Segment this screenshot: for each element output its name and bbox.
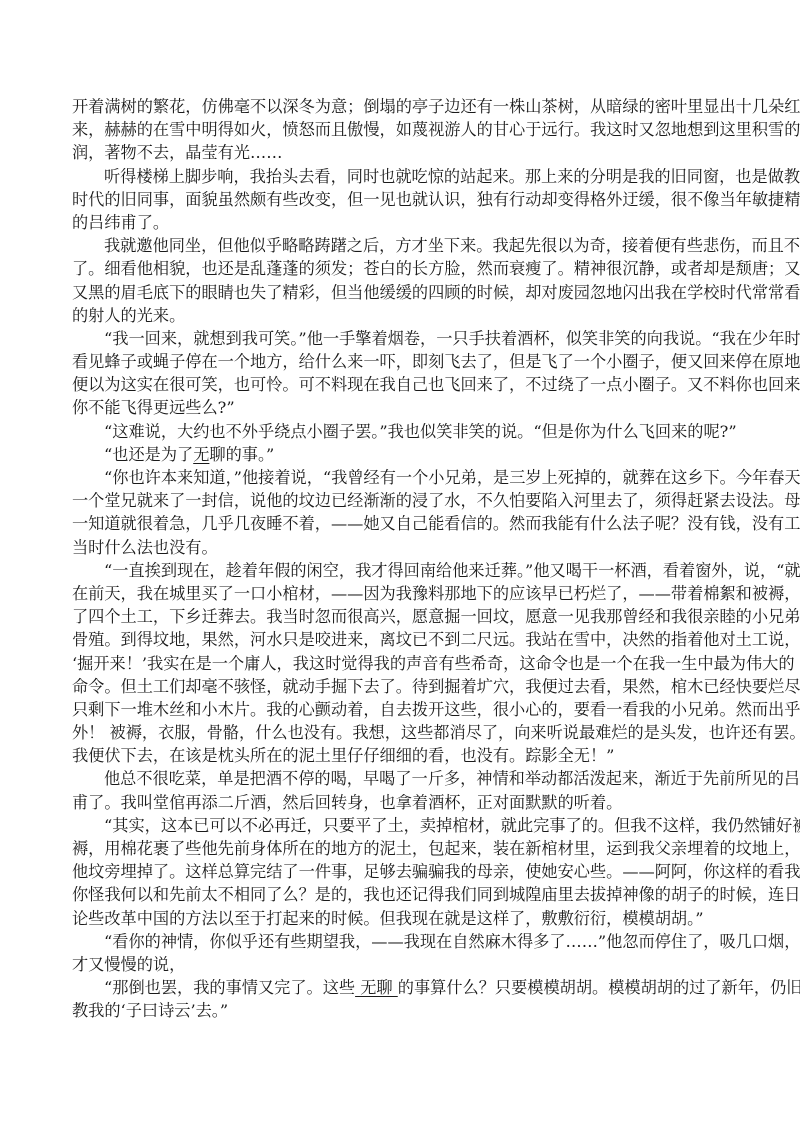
text-line: “那倒也罢，我的事情又完了。这些 无聊 的事算什么？只要模模胡胡。模模胡胡的过了… (72, 976, 724, 999)
text-line: “也还是为了无聊的事。” (72, 443, 724, 466)
document-page: 开着满树的繁花，仿佛毫不以深冬为意；倒塌的亭子边还有一株山茶树，从暗绿的密叶里显… (72, 95, 724, 1023)
text-line: “这难说，大约也不外乎绕点小圈子罢。”我也似笑非笑的说。“但是你为什么飞回来的呢… (72, 420, 724, 443)
text-line: 他总不很吃菜，单是把酒不停的喝，早喝了一斤多，神情和举动都活泼起来，渐近于先前所… (72, 767, 724, 790)
text-line: 他坟旁埋掉了。这样总算完结了一件事，足够去骗骗我的母亲，使她安心些。——阿阿，你… (72, 860, 724, 883)
text-line: 听得楼梯上脚步响，我抬头去看，同时也就吃惊的站起来。那上来的分明是我的旧同窗，也… (72, 165, 724, 188)
text-line: 当时什么法也没有。 (72, 536, 724, 559)
text-line: “我一回来，就想到我可笑。”他一手擎着烟卷，一只手扶着酒杯，似笑非笑的向我说。“… (72, 327, 724, 350)
text-line: 时代的旧同事，面貌虽然颇有些改变，但一见也就认识，独有行动却变得格外迂缓，很不像… (72, 188, 724, 211)
text-line: 论些改革中国的方法以至于打起来的时候。但我现在就是这样了，敷敷衍衍，模模胡胡。” (72, 907, 724, 930)
text-line: 外！ 被褥，衣服，骨骼，什么也没有。我想，这些都消尽了，向来听说最难烂的是头发，… (72, 721, 724, 744)
text-line: 命令。但土工们却毫不骇怪，就动手掘下去了。待到掘着圹穴，我便过去看，果然，棺木已… (72, 675, 724, 698)
text-line: 你不能飞得更远些么?” (72, 396, 724, 419)
text-line: “一直挨到现在，趁着年假的闲空，我才得回南给他来迁葬。”他又喝干一杯酒，看着窗外… (72, 559, 724, 582)
underlined-word: 无 (193, 445, 209, 464)
text-line: 了四个土工，下乡迁葬去。我当时忽而很高兴，愿意掘一回坟，愿意一见我那曾经和我很亲… (72, 605, 724, 628)
text-line: 你怪我何以和先前太不相同了么？是的，我也还记得我们同到城隍庙里去拔掉神像的胡子的… (72, 883, 724, 906)
text-line: “你也许本来知道，”他接着说，“我曾经有一个小兄弟，是三岁上死掉的，就葬在这乡下… (72, 466, 724, 489)
text-line: 褥，用棉花裹了些他先前身体所在的地方的泥土，包起来，装在新棺材里，运到我父亲埋着… (72, 837, 724, 860)
text-line: 开着满树的繁花，仿佛毫不以深冬为意；倒塌的亭子边还有一株山茶树，从暗绿的密叶里显… (72, 95, 724, 118)
text-line: 骨殖。到得坟地，果然，河水只是咬进来，离坟已不到二尺远。我站在雪中，决然的指着他… (72, 628, 724, 651)
paragraph: “我一回来，就想到我可笑。”他一手擎着烟卷，一只手扶着酒杯，似笑非笑的向我说。“… (72, 327, 724, 420)
text-line: 了。细看他相貌，也还是乱蓬蓬的须发；苍白的长方脸，然而衰瘦了。精神很沉静，或者却… (72, 257, 724, 280)
text-line: 来，赫赫的在雪中明得如火，愤怒而且傲慢，如蔑视游人的甘心于远行。我这时又忽地想到… (72, 118, 724, 141)
text-line: “其实，这本已可以不必再迁，只要平了土，卖掉棺材，就此完事了的。但我不这样，我仍… (72, 814, 724, 837)
text-line: 的吕纬甫了。 (72, 211, 724, 234)
text-line: 教我的‘子曰诗云’去。” (72, 999, 724, 1022)
text-line: 甫了。我叫堂倌再添二斤酒，然后回转身，也拿着酒杯，正对面默默的听着。 (72, 791, 724, 814)
text-line: 只剩下一堆木丝和小木片。我的心颤动着，自去拨开这些，很小心的，要看一看我的小兄弟… (72, 698, 724, 721)
underlined-word: 无聊 (355, 978, 398, 997)
text-line: 我便伏下去，在该是枕头所在的泥土里仔仔细细的看，也没有。踪影全无！” (72, 744, 724, 767)
text-line: 便以为这实在很可笑，也可怜。可不料现在我自己也飞回来了，不过绕了一点小圈子。又不… (72, 373, 724, 396)
paragraph: “看你的神情，你似乎还有些期望我，——我现在自然麻木得多了……”他忽而停住了，吸… (72, 930, 724, 976)
paragraph: “也还是为了无聊的事。” (72, 443, 724, 466)
text-line: 的射人的光来。 (72, 304, 724, 327)
paragraph: 开着满树的繁花，仿佛毫不以深冬为意；倒塌的亭子边还有一株山茶树，从暗绿的密叶里显… (72, 95, 724, 165)
text-line: “看你的神情，你似乎还有些期望我，——我现在自然麻木得多了……”他忽而停住了，吸… (72, 930, 724, 953)
paragraph: 听得楼梯上脚步响，我抬头去看，同时也就吃惊的站起来。那上来的分明是我的旧同窗，也… (72, 165, 724, 235)
text-line: ‘掘开来！’我实在是一个庸人，我这时觉得我的声音有些希奇，这命令也是一个在我一生… (72, 652, 724, 675)
text-line: 我就邀他同坐，但他似乎略略踌躇之后，方才坐下来。我起先很以为奇，接着便有些悲伤，… (72, 234, 724, 257)
paragraph: “其实，这本已可以不必再迁，只要平了土，卖掉棺材，就此完事了的。但我不这样，我仍… (72, 814, 724, 930)
text-line: 才又慢慢的说， (72, 953, 724, 976)
text-line: 看见蜂子或蝇子停在一个地方，给什么来一吓，即刻飞去了，但是飞了一个小圈子，便又回… (72, 350, 724, 373)
paragraph: “这难说，大约也不外乎绕点小圈子罢。”我也似笑非笑的说。“但是你为什么飞回来的呢… (72, 420, 724, 443)
text-line: 润，著物不去，晶莹有光…… (72, 141, 724, 164)
text-line: 在前天，我在城里买了一口小棺材，——因为我豫料那地下的应该早已朽烂了，——带着棉… (72, 582, 724, 605)
text-line: 一知道就很着急，几乎几夜睡不着，——她又自己能看信的。然而我能有什么法子呢？没有… (72, 512, 724, 535)
paragraph: 我就邀他同坐，但他似乎略略踌躇之后，方才坐下来。我起先很以为奇，接着便有些悲伤，… (72, 234, 724, 327)
text-line: 一个堂兄就来了一封信，说他的坟边已经渐渐的浸了水，不久怕要陷入河里去了，须得赶紧… (72, 489, 724, 512)
paragraph: “你也许本来知道，”他接着说，“我曾经有一个小兄弟，是三岁上死掉的，就葬在这乡下… (72, 466, 724, 559)
paragraph: “那倒也罢，我的事情又完了。这些 无聊 的事算什么？只要模模胡胡。模模胡胡的过了… (72, 976, 724, 1022)
paragraph: 他总不很吃菜，单是把酒不停的喝，早喝了一斤多，神情和举动都活泼起来，渐近于先前所… (72, 767, 724, 813)
paragraph: “一直挨到现在，趁着年假的闲空，我才得回南给他来迁葬。”他又喝干一杯酒，看着窗外… (72, 559, 724, 768)
text-line: 又黑的眉毛底下的眼睛也失了精彩，但当他缓缓的四顾的时候，却对废园忽地闪出我在学校… (72, 281, 724, 304)
